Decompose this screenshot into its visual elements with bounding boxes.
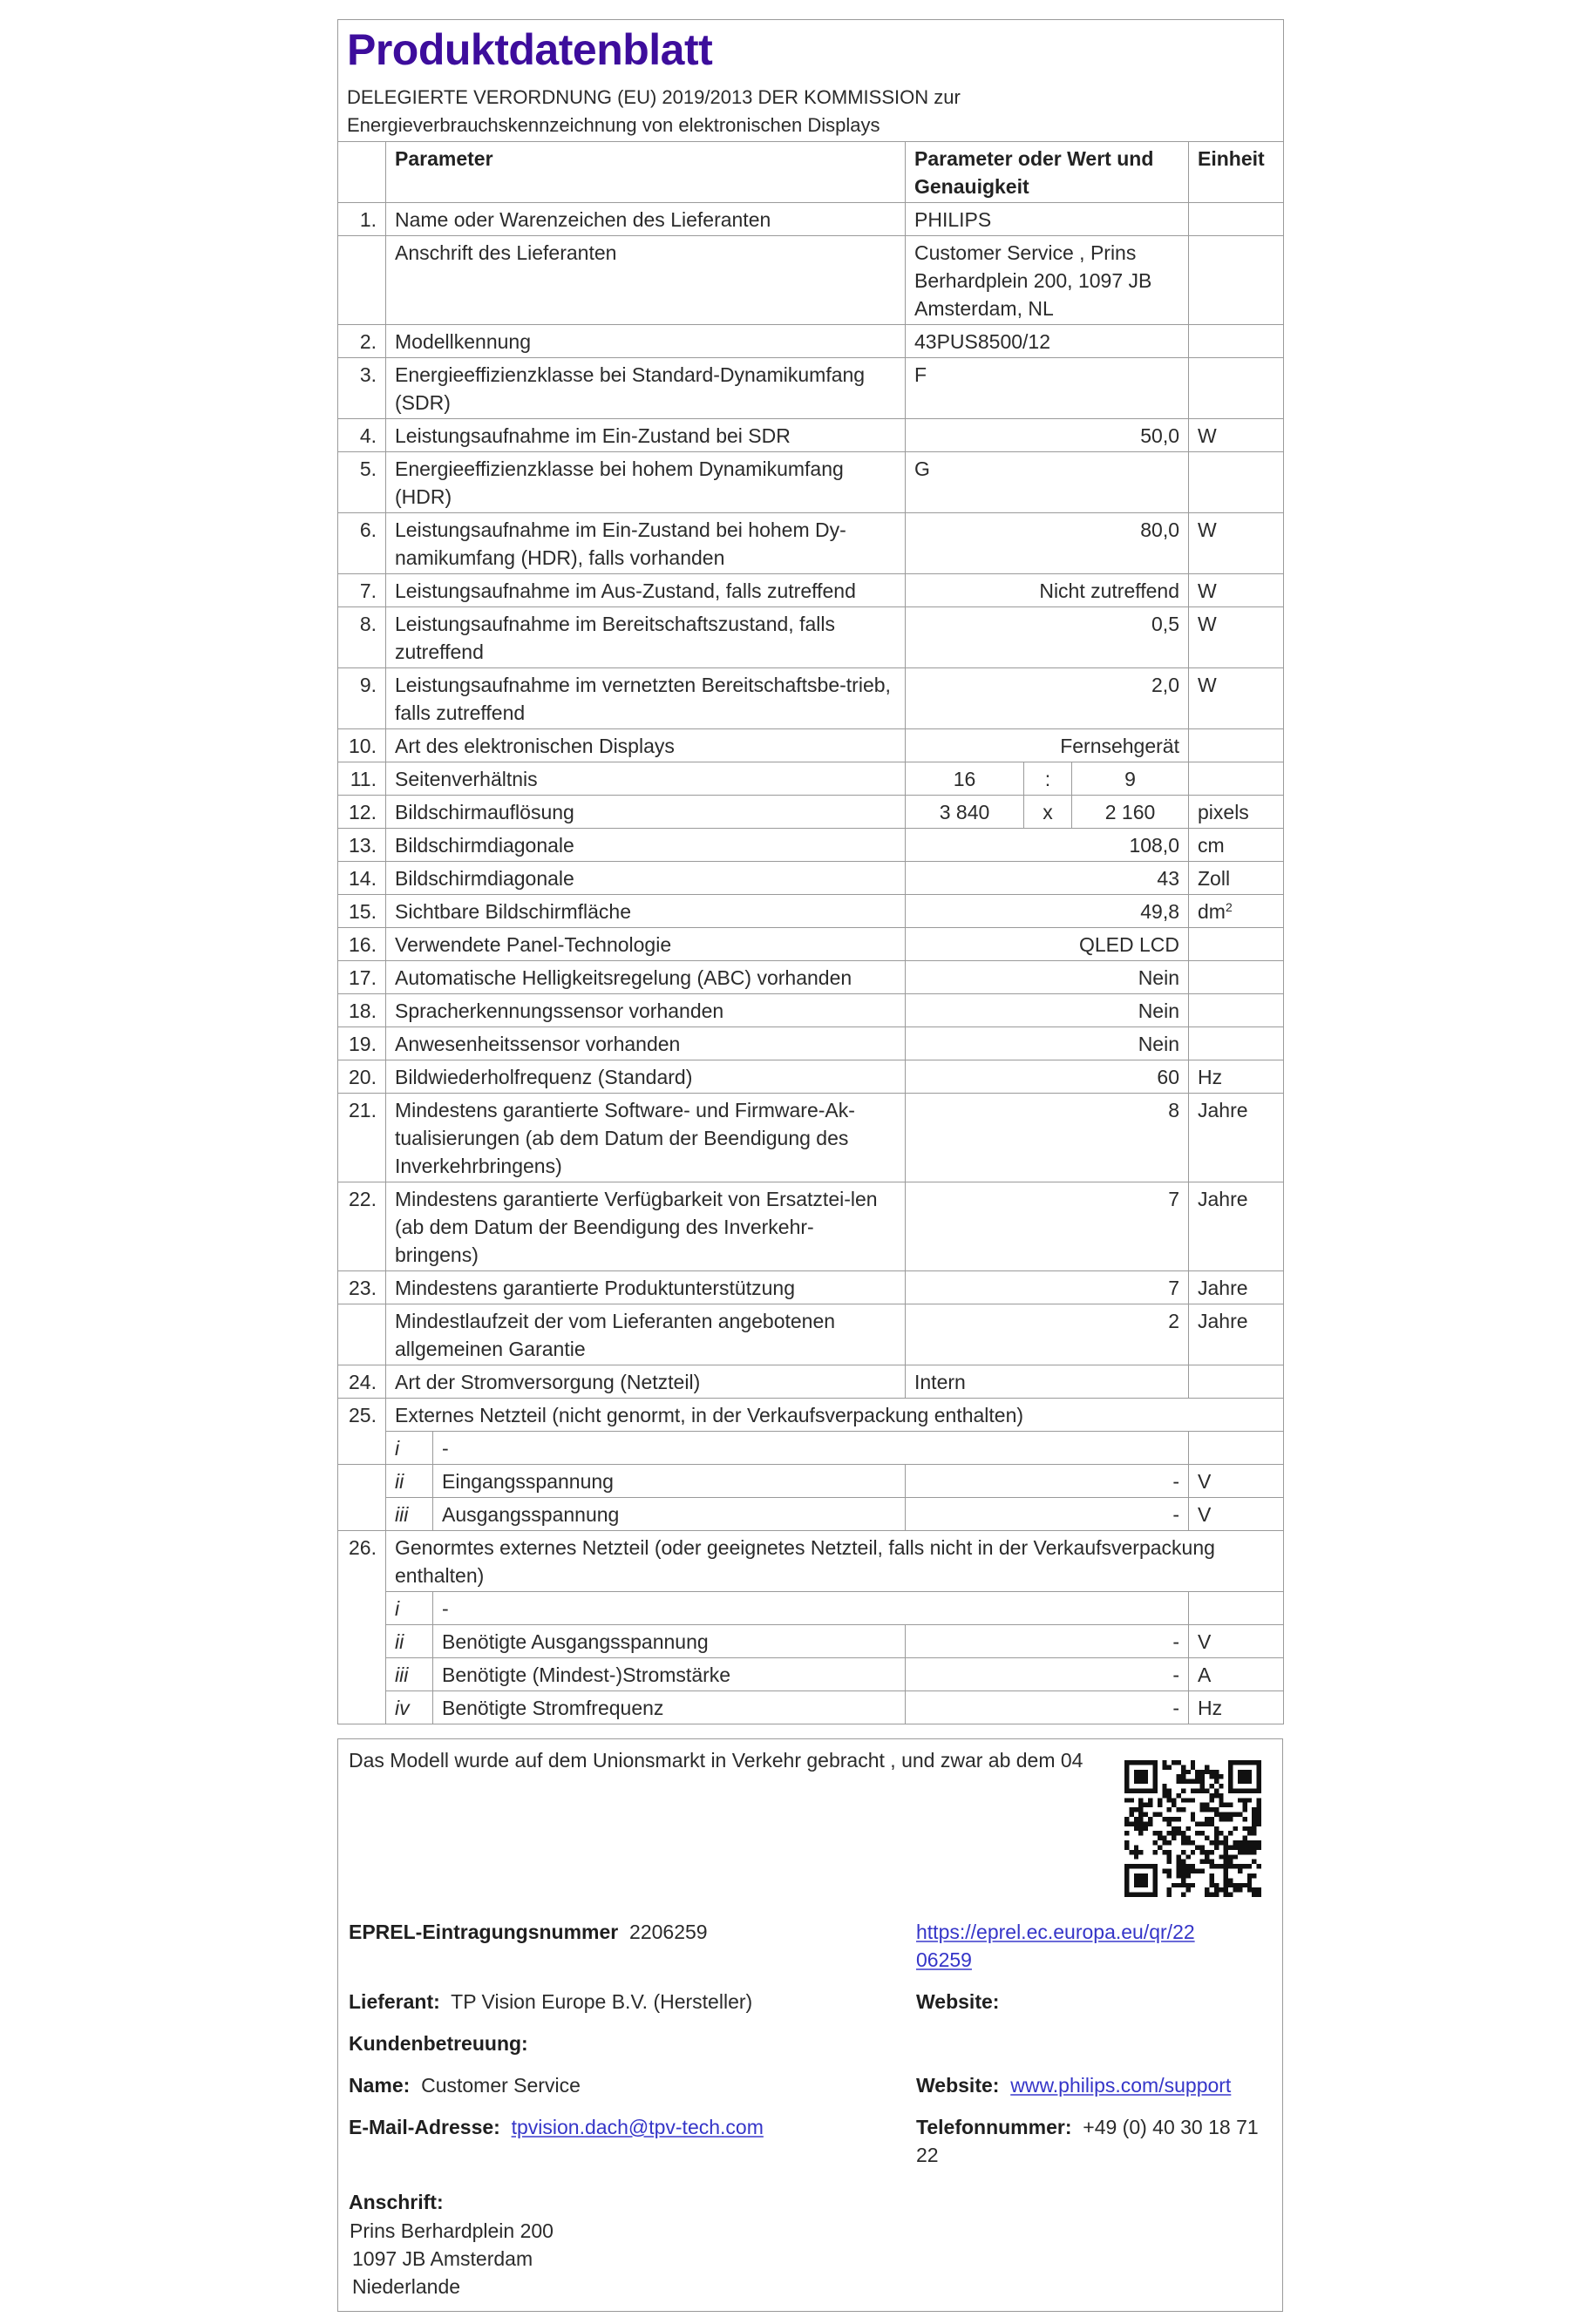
sub-row-unit: Hz: [1189, 1691, 1284, 1724]
row-number: 4.: [338, 419, 386, 452]
row-value: 50,0: [906, 419, 1189, 452]
row-unit: W: [1189, 419, 1284, 452]
sub-row-value: -: [906, 1658, 1189, 1691]
sub-row-index: iii: [386, 1498, 433, 1531]
market-placement-text: Das Modell wurde auf dem Unionsmarkt in …: [349, 1746, 1083, 1774]
row-value: 2: [906, 1304, 1189, 1365]
row-unit-text: W: [1198, 518, 1217, 541]
column-header-value: Parameter oder Wert und Genauigkeit: [906, 142, 1189, 203]
row-value-a: 16: [906, 762, 1024, 796]
row-unit: W: [1189, 574, 1284, 607]
row-unit-text: Jahre: [1198, 1310, 1248, 1332]
row-value: 7: [906, 1271, 1189, 1304]
table-row: 23.Mindestens garantierte Produktunterst…: [338, 1271, 1284, 1304]
row-unit: W: [1189, 607, 1284, 668]
sub-row: i-: [338, 1592, 1284, 1625]
row-parameter: Leistungsaufnahme im Ein-Zustand bei SDR: [386, 419, 906, 452]
sub-row: iiiBenötigte (Mindest-)Stromstärke-A: [338, 1658, 1284, 1691]
sheet-header: Produktdatenblatt DELEGIERTE VERORDNUNG …: [338, 20, 1284, 142]
row-number: 24.: [338, 1365, 386, 1399]
row-number-empty: [338, 1465, 386, 1531]
sub-row-unit: V: [1189, 1498, 1284, 1531]
row-unit: Zoll: [1189, 862, 1284, 895]
address-line-3: Niederlande: [352, 2273, 460, 2300]
row-value: 2,0: [906, 668, 1189, 729]
row-value: 60: [906, 1060, 1189, 1094]
row-value: PHILIPS: [906, 203, 1189, 236]
row-unit: [1189, 994, 1284, 1027]
row-unit: [1189, 729, 1284, 762]
row-unit: [1189, 762, 1284, 796]
email-link[interactable]: tpvision.dach@tpv-tech.com: [512, 2116, 764, 2138]
address-label: Anschrift:: [349, 2188, 444, 2216]
row-parameter: Energieeffizienzklasse bei hohem Dynamik…: [386, 452, 906, 513]
product-data-table: Produktdatenblatt DELEGIERTE VERORDNUNG …: [337, 19, 1284, 1724]
table-row: 6.Leistungsaufnahme im Ein-Zustand bei h…: [338, 513, 1284, 574]
eprel-value: 2206259: [629, 1921, 708, 1943]
table-row: 16.Verwendete Panel-TechnologieQLED LCD: [338, 928, 1284, 961]
row-unit-text: pixels: [1198, 801, 1249, 823]
regulation-line-2: Energieverbrauchskennzeichnung von elekt…: [347, 112, 1274, 139]
row-number: 22.: [338, 1182, 386, 1271]
row-parameter: Verwendete Panel-Technologie: [386, 928, 906, 961]
row-number: 20.: [338, 1060, 386, 1094]
row-value: 49,8: [906, 895, 1189, 928]
row-parameter: Bildwiederholfrequenz (Standard): [386, 1060, 906, 1094]
eprel-url[interactable]: https://eprel.ec.europa.eu/qr/22 06259: [916, 1918, 1195, 1974]
row-unit: [1189, 1027, 1284, 1060]
row-number: 1.: [338, 203, 386, 236]
row-value: 8: [906, 1094, 1189, 1182]
row-unit: Jahre: [1189, 1271, 1284, 1304]
row-unit: cm: [1189, 829, 1284, 862]
row-value-separator: :: [1024, 762, 1072, 796]
table-row: 25.Externes Netzteil (nicht genormt, in …: [338, 1399, 1284, 1432]
sub-row-unit: [1189, 1592, 1284, 1625]
sub-row-unit: V: [1189, 1465, 1284, 1498]
row-number: 11.: [338, 762, 386, 796]
supplier-label: Lieferant:: [349, 1990, 440, 2013]
eprel-url-line-1[interactable]: https://eprel.ec.europa.eu/qr/22: [916, 1921, 1195, 1943]
phone-row: Telefonnummer: +49 (0) 40 30 18 71 22: [916, 2113, 1259, 2169]
row-number: 3.: [338, 358, 386, 419]
supplier-row: Lieferant: TP Vision Europe B.V. (Herste…: [349, 1988, 752, 2016]
table-row: 4.Leistungsaufnahme im Ein-Zustand bei S…: [338, 419, 1284, 452]
sub-row: i-: [338, 1432, 1284, 1465]
row-parameter: Modellkennung: [386, 325, 906, 358]
row-unit: [1189, 928, 1284, 961]
sub-row-parameter: Benötigte Stromfrequenz: [433, 1691, 906, 1724]
name-label: Name:: [349, 2074, 410, 2097]
row-parameter: Spracherkennungssensor vorhanden: [386, 994, 906, 1027]
email-row: E-Mail-Adresse: tpvision.dach@tpv-tech.c…: [349, 2113, 764, 2141]
row-parameter: Anschrift des Lieferanten: [386, 236, 906, 325]
row-number: 10.: [338, 729, 386, 762]
row-unit: [1189, 236, 1284, 325]
row-value: 80,0: [906, 513, 1189, 574]
row-value-separator: x: [1024, 796, 1072, 829]
phone-line-2: 22: [916, 2144, 939, 2166]
row-number: 2.: [338, 325, 386, 358]
supplier-value: TP Vision Europe B.V. (Hersteller): [451, 1990, 752, 2013]
phone-line-1: +49 (0) 40 30 18 71: [1083, 2116, 1258, 2138]
table-row: 15.Sichtbare Bildschirmfläche49,8dm2: [338, 895, 1284, 928]
sub-row: iiBenötigte Ausgangsspannung-V: [338, 1625, 1284, 1658]
row-unit: [1189, 358, 1284, 419]
row-number: 23.: [338, 1271, 386, 1304]
sub-row-parameter: Benötigte Ausgangsspannung: [433, 1625, 906, 1658]
table-row: 10.Art des elektronischen DisplaysFernse…: [338, 729, 1284, 762]
row-value: Nicht zutreffend: [906, 574, 1189, 607]
row-value: 0,5: [906, 607, 1189, 668]
eprel-url-line-2[interactable]: 06259: [916, 1948, 972, 1971]
row-number: 8.: [338, 607, 386, 668]
table-row: 9.Leistungsaufnahme im vernetzten Bereit…: [338, 668, 1284, 729]
row-parameter: Art der Stromversorgung (Netzteil): [386, 1365, 906, 1399]
row-parameter: Leistungsaufnahme im Aus-Zustand, falls …: [386, 574, 906, 607]
table-row: 1.Name oder Warenzeichen des Lieferanten…: [338, 203, 1284, 236]
row-parameter: Mindestens garantierte Verfügbarkeit von…: [386, 1182, 906, 1271]
sub-row-index: ii: [386, 1465, 433, 1498]
row-number: 12.: [338, 796, 386, 829]
sub-row: iiiAusgangsspannung-V: [338, 1498, 1284, 1531]
row-value: 43: [906, 862, 1189, 895]
table-row: 2.Modellkennung43PUS8500/12: [338, 325, 1284, 358]
table-row: Anschrift des LieferantenCustomer Servic…: [338, 236, 1284, 325]
website-label-2: Website:: [916, 2074, 999, 2097]
row-unit-text: dm: [1198, 900, 1226, 923]
row-unit-text: Jahre: [1198, 1277, 1248, 1299]
product-data-sheet: Produktdatenblatt DELEGIERTE VERORDNUNG …: [337, 19, 1283, 1724]
row-parameter: Leistungsaufnahme im vernetzten Bereitsc…: [386, 668, 906, 729]
phone-label: Telefonnummer:: [916, 2116, 1071, 2138]
sub-row-value: -: [906, 1498, 1189, 1531]
column-header-no: [338, 142, 386, 203]
row-unit: W: [1189, 668, 1284, 729]
row-group-title: Externes Netzteil (nicht genormt, in der…: [386, 1399, 1284, 1432]
sub-row: iiEingangsspannung-V: [338, 1465, 1284, 1498]
row-unit: dm2: [1189, 895, 1284, 928]
qr-code-icon[interactable]: [1124, 1760, 1261, 1897]
row-value: F: [906, 358, 1189, 419]
sub-row-parameter: -: [433, 1432, 1189, 1465]
row-number: 15.: [338, 895, 386, 928]
row-value-b: 2 160: [1072, 796, 1189, 829]
row-unit: [1189, 452, 1284, 513]
sub-row-value: -: [906, 1465, 1189, 1498]
eprel-label: EPREL-Eintragungsnummer: [349, 1921, 618, 1943]
row-parameter: Anwesenheitssensor vorhanden: [386, 1027, 906, 1060]
row-number: 6.: [338, 513, 386, 574]
name-value: Customer Service: [421, 2074, 581, 2097]
customer-care-label: Kundenbetreuung:: [349, 2029, 528, 2057]
row-parameter: Bildschirmauflösung: [386, 796, 906, 829]
row-value: Fernsehgerät: [906, 729, 1189, 762]
row-unit: Jahre: [1189, 1182, 1284, 1271]
row-value-b: 9: [1072, 762, 1189, 796]
row-number: 14.: [338, 862, 386, 895]
table-row: 8.Leistungsaufnahme im Bereitschaftszust…: [338, 607, 1284, 668]
row-number: 9.: [338, 668, 386, 729]
row-number: 21.: [338, 1094, 386, 1182]
column-header-parameter: Parameter: [386, 142, 906, 203]
row-parameter: Leistungsaufnahme im Ein-Zustand bei hoh…: [386, 513, 906, 574]
row-value: QLED LCD: [906, 928, 1189, 961]
row-parameter: Leistungsaufnahme im Bereitschaftszustan…: [386, 607, 906, 668]
sheet-header-cell: Produktdatenblatt DELEGIERTE VERORDNUNG …: [338, 20, 1284, 142]
sub-row-index: iv: [386, 1691, 433, 1724]
table-row: 24.Art der Stromversorgung (Netzteil)Int…: [338, 1365, 1284, 1399]
row-unit-text: W: [1198, 613, 1217, 635]
row-unit: Jahre: [1189, 1094, 1284, 1182]
table-row: 17.Automatische Helligkeitsregelung (ABC…: [338, 961, 1284, 994]
row-unit: [1189, 203, 1284, 236]
address-line-2: 1097 JB Amsterdam: [352, 2245, 533, 2273]
row-unit: Jahre: [1189, 1304, 1284, 1365]
row-number: [338, 236, 386, 325]
row-unit-text: W: [1198, 674, 1217, 696]
eprel-number-row: EPREL-Eintragungsnummer 2206259: [349, 1918, 708, 1946]
row-number: 25.: [338, 1399, 386, 1465]
row-unit-text: Zoll: [1198, 867, 1230, 890]
sub-row-unit: A: [1189, 1658, 1284, 1691]
row-parameter: Mindestlaufzeit der vom Lieferanten ange…: [386, 1304, 906, 1365]
sub-row-index: iii: [386, 1658, 433, 1691]
row-parameter: Energieeffizienzklasse bei Standard-Dyna…: [386, 358, 906, 419]
email-label: E-Mail-Adresse:: [349, 2116, 500, 2138]
row-group-title: Genormtes externes Netzteil (oder geeign…: [386, 1531, 1284, 1592]
row-unit: [1189, 961, 1284, 994]
table-row: 11.Seitenverhältnis16:9: [338, 762, 1284, 796]
row-unit: [1189, 325, 1284, 358]
sub-row-index: i: [386, 1432, 433, 1465]
table-row: Mindestlaufzeit der vom Lieferanten ange…: [338, 1304, 1284, 1365]
row-parameter: Bildschirmdiagonale: [386, 862, 906, 895]
row-value: 43PUS8500/12: [906, 325, 1189, 358]
row-unit-text: W: [1198, 424, 1217, 447]
table-row: 22.Mindestens garantierte Verfügbarkeit …: [338, 1182, 1284, 1271]
sub-row-value: -: [906, 1625, 1189, 1658]
column-header-unit: Einheit: [1189, 142, 1284, 203]
row-parameter: Automatische Helligkeitsregelung (ABC) v…: [386, 961, 906, 994]
row-value: Nein: [906, 994, 1189, 1027]
row-unit-text: Hz: [1198, 1066, 1222, 1088]
row-parameter: Mindestens garantierte Produktunterstütz…: [386, 1271, 906, 1304]
row-unit: Hz: [1189, 1060, 1284, 1094]
sub-row-index: i: [386, 1592, 433, 1625]
row-unit-text: W: [1198, 579, 1217, 602]
table-row: 7.Leistungsaufnahme im Aus-Zustand, fall…: [338, 574, 1284, 607]
row-value: Nein: [906, 961, 1189, 994]
table-row: 26.Genormtes externes Netzteil (oder gee…: [338, 1531, 1284, 1592]
row-number: 16.: [338, 928, 386, 961]
row-value: G: [906, 452, 1189, 513]
row-parameter: Sichtbare Bildschirmfläche: [386, 895, 906, 928]
row-number: 7.: [338, 574, 386, 607]
page-title: Produktdatenblatt: [347, 24, 1274, 75]
website-row: Website: www.philips.com/support: [916, 2071, 1231, 2099]
row-number: 19.: [338, 1027, 386, 1060]
table-row: 12.Bildschirmauflösung3 840x2 160pixels: [338, 796, 1284, 829]
sub-row-parameter: Benötigte (Mindest-)Stromstärke: [433, 1658, 906, 1691]
sub-row-value: -: [906, 1691, 1189, 1724]
row-unit-text: cm: [1198, 834, 1225, 857]
table-row: 21.Mindestens garantierte Software- und …: [338, 1094, 1284, 1182]
name-row: Name: Customer Service: [349, 2071, 581, 2099]
sub-row-parameter: -: [433, 1592, 1189, 1625]
row-unit-text: Jahre: [1198, 1188, 1248, 1210]
sub-row-index: ii: [386, 1625, 433, 1658]
sub-row: ivBenötigte Stromfrequenz-Hz: [338, 1691, 1284, 1724]
row-parameter: Art des elektronischen Displays: [386, 729, 906, 762]
sub-row-unit: V: [1189, 1625, 1284, 1658]
supplier-info-box: Das Modell wurde auf dem Unionsmarkt in …: [337, 1738, 1283, 2312]
row-unit-superscript: 2: [1226, 900, 1233, 914]
row-parameter: Bildschirmdiagonale: [386, 829, 906, 862]
row-number: 5.: [338, 452, 386, 513]
website-label-1: Website:: [916, 1988, 999, 2016]
sub-row-parameter: Eingangsspannung: [433, 1465, 906, 1498]
row-parameter: Mindestens garantierte Software- und Fir…: [386, 1094, 906, 1182]
row-unit: [1189, 1365, 1284, 1399]
row-number: 26.: [338, 1531, 386, 1724]
sub-row-unit: [1189, 1432, 1284, 1465]
row-number: 13.: [338, 829, 386, 862]
row-unit-text: Jahre: [1198, 1099, 1248, 1121]
row-number: [338, 1304, 386, 1365]
row-unit: pixels: [1189, 796, 1284, 829]
row-value: Nein: [906, 1027, 1189, 1060]
row-parameter: Seitenverhältnis: [386, 762, 906, 796]
row-number: 17.: [338, 961, 386, 994]
support-website-link[interactable]: www.philips.com/support: [1010, 2074, 1231, 2097]
table-row: 19.Anwesenheitssensor vorhandenNein: [338, 1027, 1284, 1060]
table-row: 14.Bildschirmdiagonale43Zoll: [338, 862, 1284, 895]
row-value-a: 3 840: [906, 796, 1024, 829]
row-value: Customer Service , Prins Berhardplein 20…: [906, 236, 1189, 325]
row-number: 18.: [338, 994, 386, 1027]
table-row: 5.Energieeffizienzklasse bei hohem Dynam…: [338, 452, 1284, 513]
table-row: 20.Bildwiederholfrequenz (Standard)60Hz: [338, 1060, 1284, 1094]
table-row: 3.Energieeffizienzklasse bei Standard-Dy…: [338, 358, 1284, 419]
row-unit: W: [1189, 513, 1284, 574]
column-header-row: Parameter Parameter oder Wert und Genaui…: [338, 142, 1284, 203]
row-parameter: Name oder Warenzeichen des Lieferanten: [386, 203, 906, 236]
row-value: 108,0: [906, 829, 1189, 862]
sub-row-parameter: Ausgangsspannung: [433, 1498, 906, 1531]
regulation-line-1: DELEGIERTE VERORDNUNG (EU) 2019/2013 DER…: [347, 84, 1274, 112]
table-row: 13.Bildschirmdiagonale108,0cm: [338, 829, 1284, 862]
row-value: Intern: [906, 1365, 1189, 1399]
address-line-1: Prins Berhardplein 200: [350, 2217, 554, 2245]
table-row: 18.Spracherkennungssensor vorhandenNein: [338, 994, 1284, 1027]
row-value: 7: [906, 1182, 1189, 1271]
